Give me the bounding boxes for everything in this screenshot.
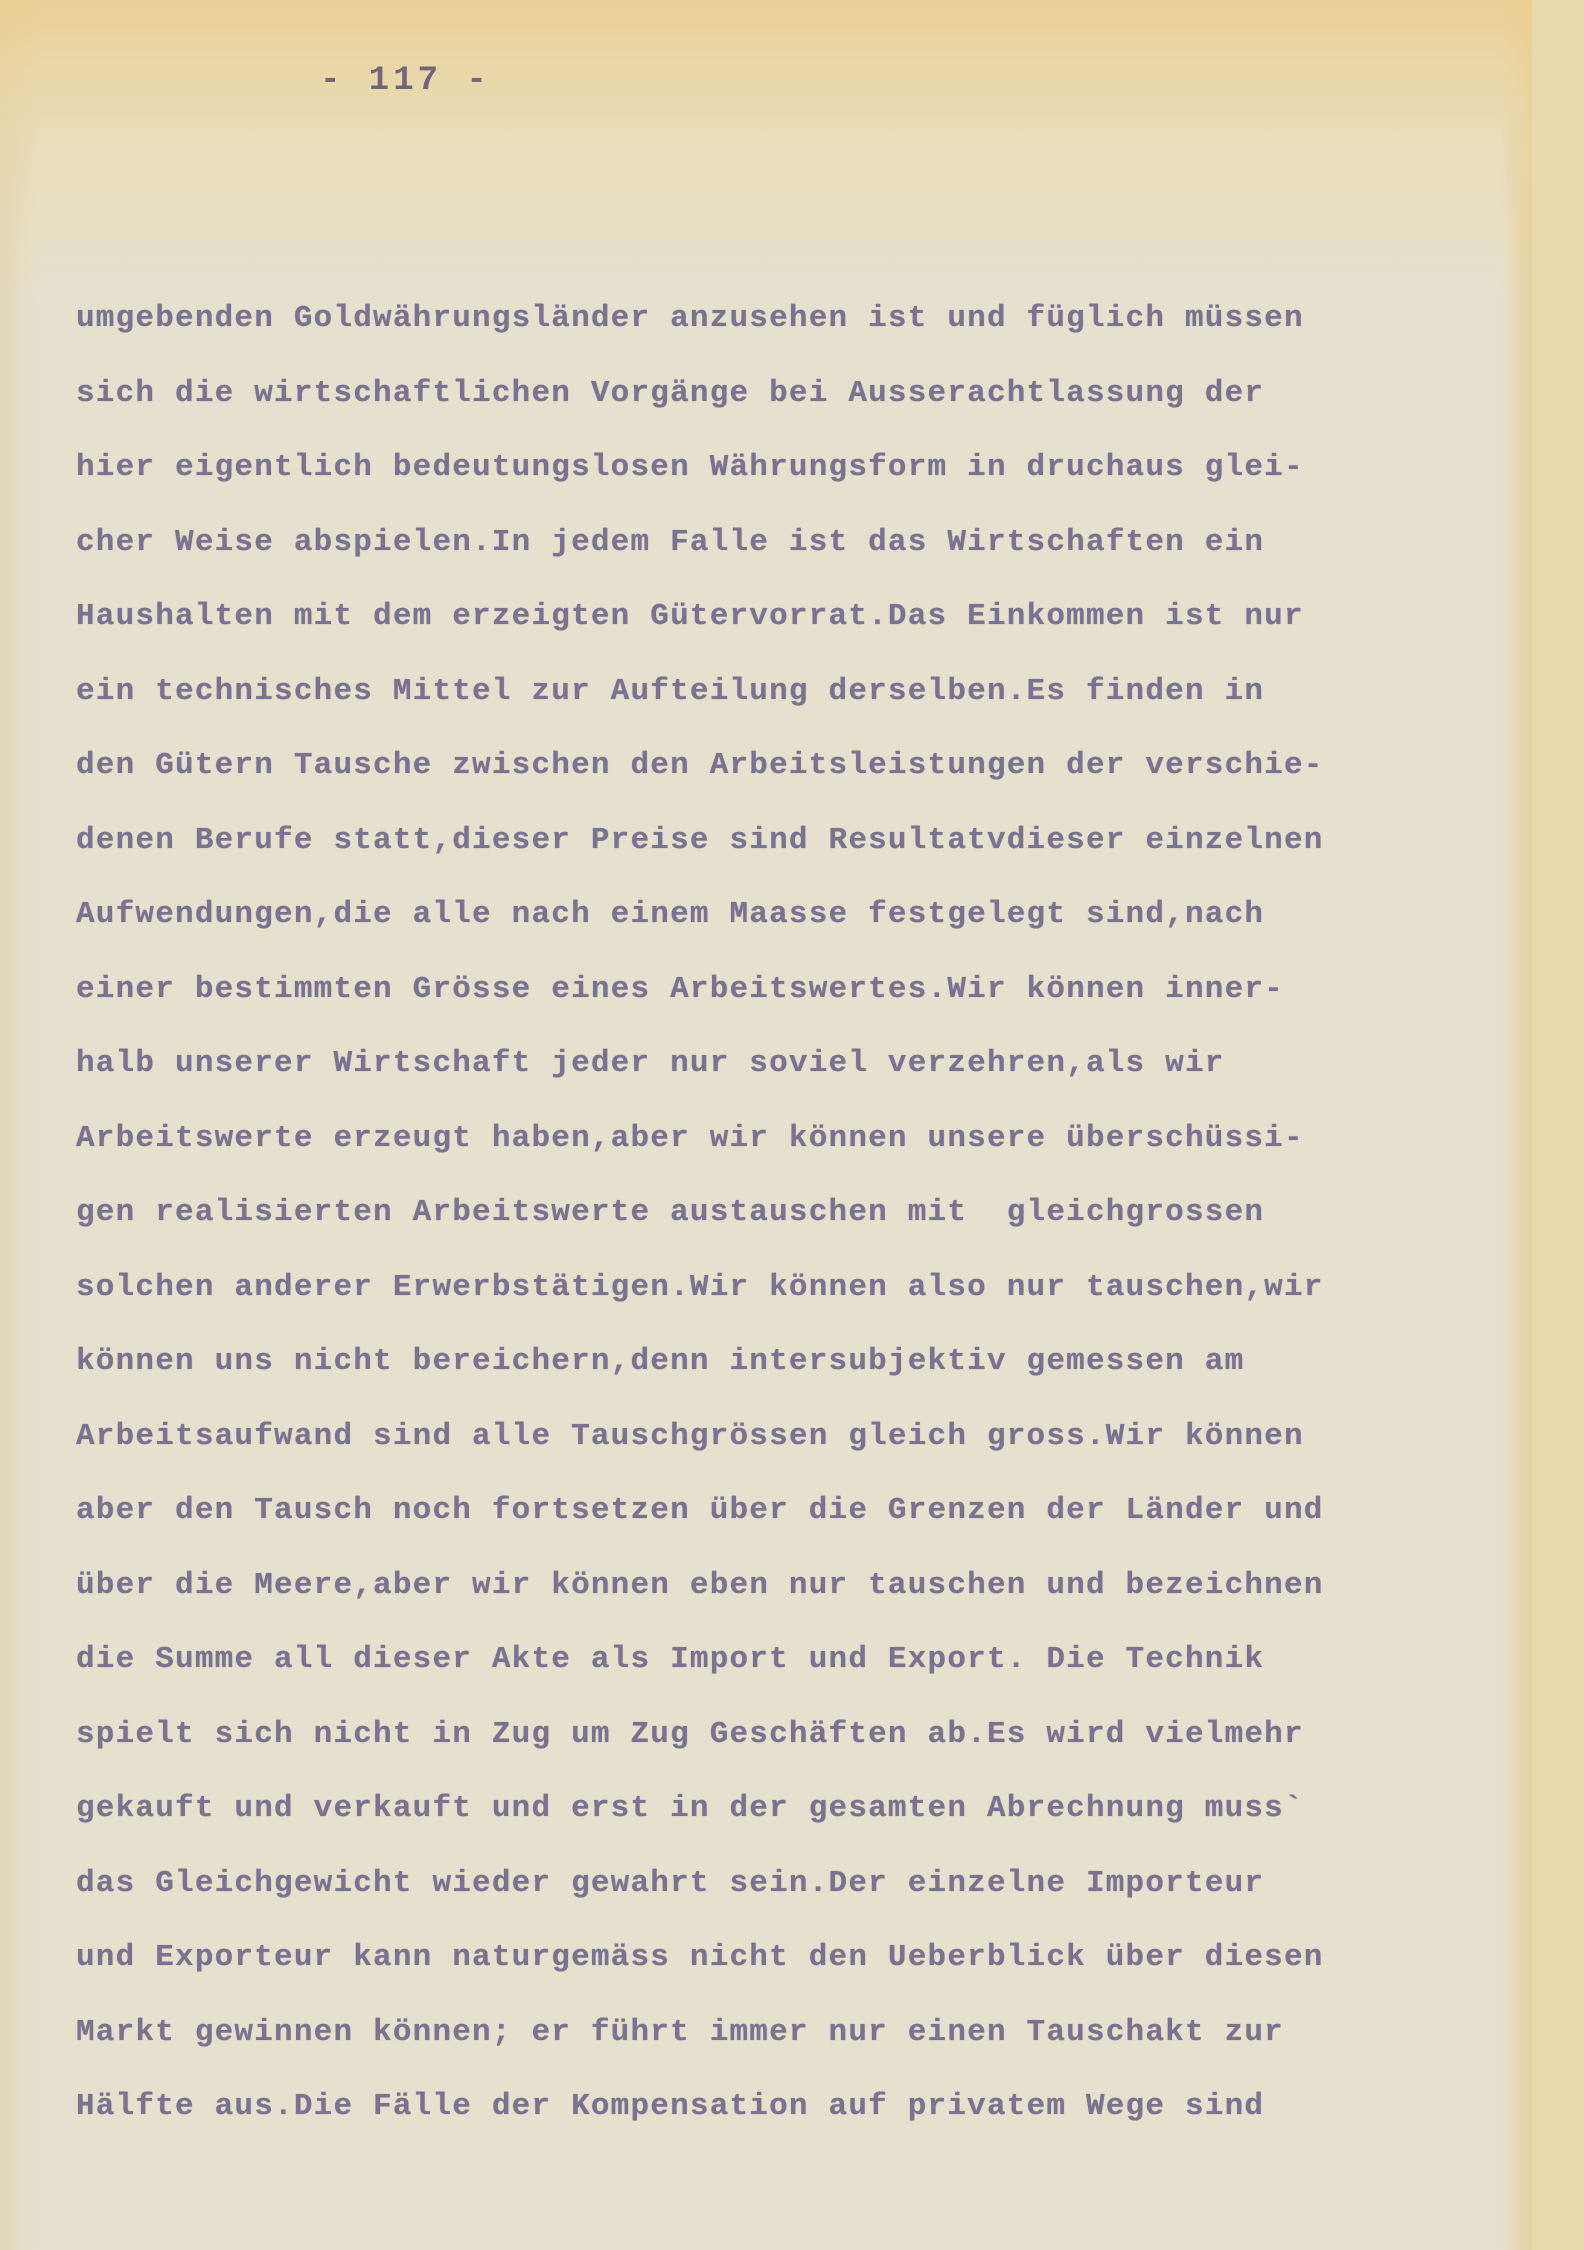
text-line: den Gütern Tausche zwischen den Arbeitsl… — [76, 729, 1526, 804]
text-line: aber den Tausch noch fortsetzen über die… — [76, 1474, 1526, 1549]
text-line: Markt gewinnen können; er führt immer nu… — [76, 1996, 1526, 2071]
text-line: und Exporteur kann naturgemäss nicht den… — [76, 1921, 1526, 1996]
text-line: Aufwendungen,die alle nach einem Maasse … — [76, 878, 1526, 953]
text-line: ein technisches Mittel zur Aufteilung de… — [76, 655, 1526, 730]
text-line: hier eigentlich bedeutungslosen Währungs… — [76, 431, 1526, 506]
typewritten-page: - 117 - umgebenden Goldwährungsländer an… — [0, 0, 1584, 2250]
text-line: über die Meere,aber wir können eben nur … — [76, 1549, 1526, 1624]
text-line: spielt sich nicht in Zug um Zug Geschäft… — [76, 1698, 1526, 1773]
text-line: Arbeitswerte erzeugt haben,aber wir könn… — [76, 1102, 1526, 1177]
text-line: Hälfte aus.Die Fälle der Kompensation au… — [76, 2070, 1526, 2145]
page-number: - 117 - — [320, 62, 491, 100]
text-line: können uns nicht bereichern,denn intersu… — [76, 1325, 1526, 1400]
text-line: gekauft und verkauft und erst in der ges… — [76, 1772, 1526, 1847]
text-line: Haushalten mit dem erzeigten Gütervorrat… — [76, 580, 1526, 655]
text-line: das Gleichgewicht wieder gewahrt sein.De… — [76, 1847, 1526, 1922]
text-line: einer bestimmten Grösse eines Arbeitswer… — [76, 953, 1526, 1028]
text-line: gen realisierten Arbeitswerte austausche… — [76, 1176, 1526, 1251]
text-line: Arbeitsaufwand sind alle Tauschgrössen g… — [76, 1400, 1526, 1475]
text-line: sich die wirtschaftlichen Vorgänge bei A… — [76, 357, 1526, 432]
text-line: halb unserer Wirtschaft jeder nur soviel… — [76, 1027, 1526, 1102]
text-line: die Summe all dieser Akte als Import und… — [76, 1623, 1526, 1698]
body-text: umgebenden Goldwährungsländer anzusehen … — [76, 282, 1526, 2145]
page-edge — [1532, 0, 1584, 2250]
text-line: umgebenden Goldwährungsländer anzusehen … — [76, 282, 1526, 357]
text-line: denen Berufe statt,dieser Preise sind Re… — [76, 804, 1526, 879]
text-line: solchen anderer Erwerbstätigen.Wir könne… — [76, 1251, 1526, 1326]
text-line: cher Weise abspielen.In jedem Falle ist … — [76, 506, 1526, 581]
